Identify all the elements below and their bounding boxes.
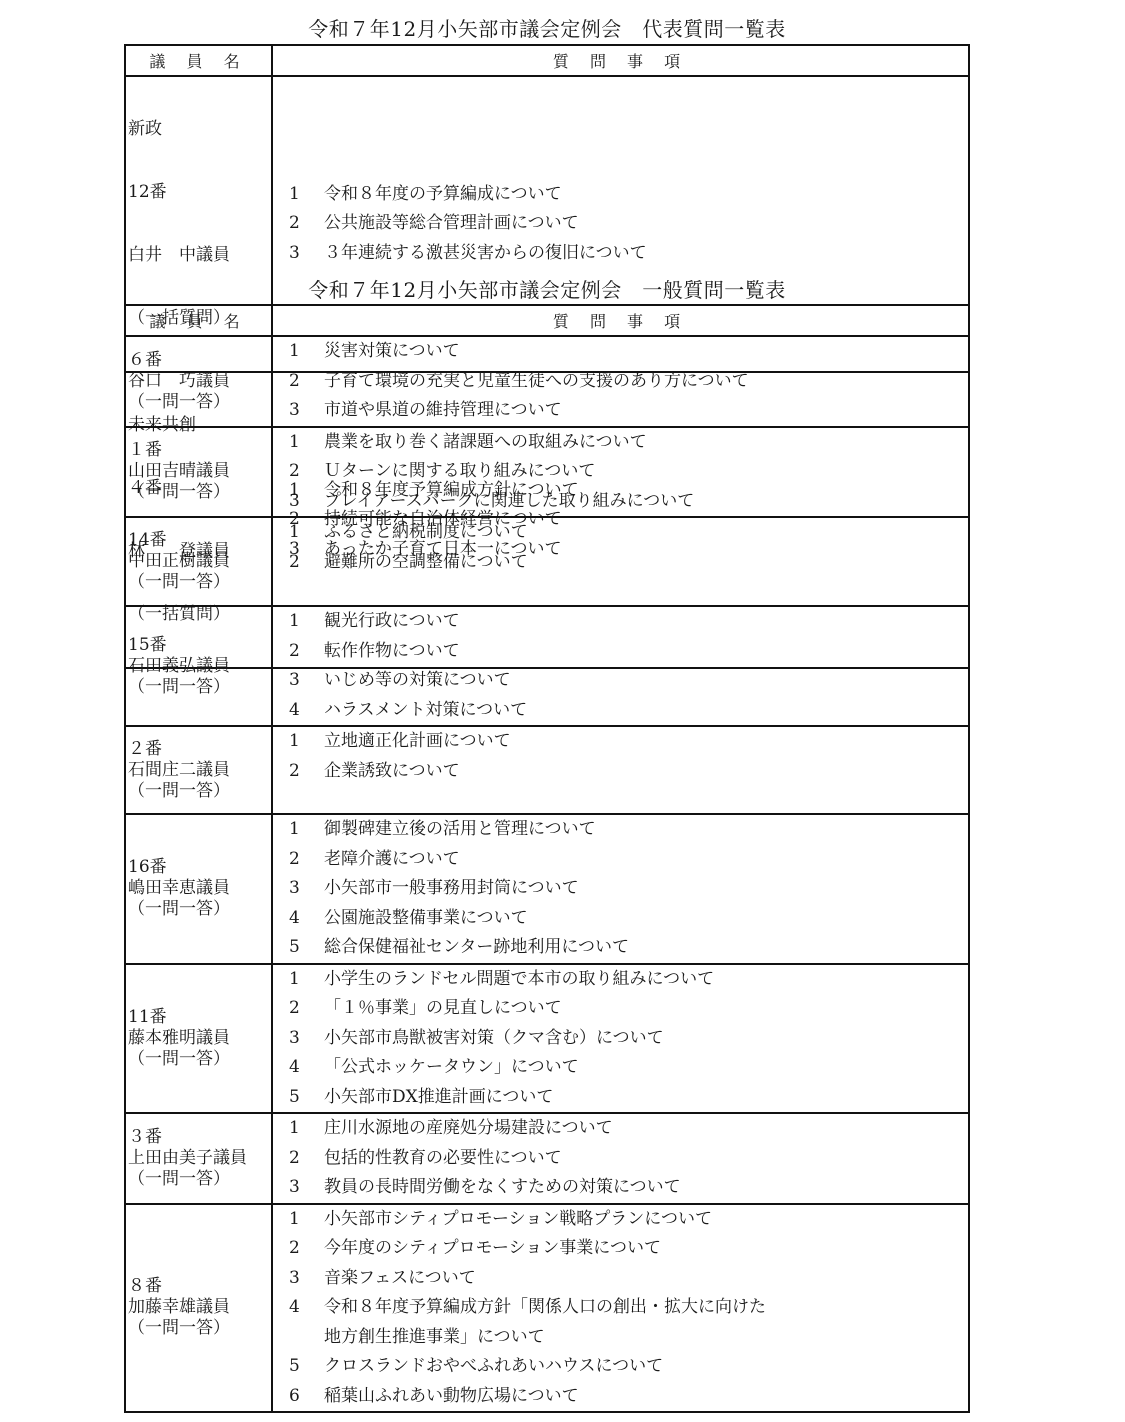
question-item: 3教員の長時間労働をなくすための対策について: [289, 1173, 968, 1203]
question-number: 1: [289, 337, 324, 367]
question-text: Ｕターンに関する取り組みについて: [324, 457, 968, 487]
seat-number: 16番: [128, 857, 271, 878]
question-number: 3: [289, 1024, 324, 1054]
question-text: 「公式ホッケータウン」について: [324, 1053, 968, 1083]
question-item: 5総合保健福祉センター跡地利用について: [289, 933, 968, 963]
question-item: 3３年連続する激甚災害からの復旧について: [289, 239, 968, 269]
question-number: [289, 1323, 324, 1353]
question-item: 2老障介護について: [289, 845, 968, 875]
questions-cell: 1小矢部市シティプロモーション戦略プランについて2今年度のシティプロモーション事…: [272, 1204, 969, 1413]
question-number: 2: [289, 845, 324, 875]
question-number: 2: [289, 457, 324, 487]
table-header: 議 員 名 質 問 事 項: [125, 45, 969, 76]
seat-number: ６番: [128, 350, 271, 371]
seat-number: 12番: [128, 182, 271, 203]
question-format: （一問一答）: [128, 1318, 271, 1339]
question-text: 立地適正化計画について: [324, 727, 968, 757]
member-column-header: 議 員 名: [125, 45, 272, 76]
question-text: 音楽フェスについて: [324, 1264, 968, 1294]
question-format: （一問一答）: [128, 899, 271, 920]
member-cell: 11番藤本雅明議員（一問一答）: [125, 964, 272, 1114]
question-number: 2: [289, 994, 324, 1024]
question-text: 市道や県道の維持管理について: [324, 396, 968, 426]
question-text: 教員の長時間労働をなくすための対策について: [324, 1173, 968, 1203]
question-number: 5: [289, 1083, 324, 1113]
question-text: 小学生のランドセル問題で本市の取り組みについて: [324, 965, 968, 995]
questions-cell: 1観光行政について2転作作物について3いじめ等の対策について4ハラスメント対策に…: [272, 606, 969, 726]
question-text: ふるさと納税制度について: [324, 518, 968, 548]
questions-cell: 1小学生のランドセル問題で本市の取り組みについて2「１％事業」の見直しについて3…: [272, 964, 969, 1114]
question-number: 2: [289, 367, 324, 397]
question-item: 2避難所の空調整備について: [289, 548, 968, 578]
question-number: 2: [289, 757, 324, 787]
question-item: 2転作作物について: [289, 637, 968, 667]
question-format: （一問一答）: [128, 1049, 271, 1070]
question-item: 4「公式ホッケータウン」について: [289, 1053, 968, 1083]
member-cell: 15番石田義弘議員（一問一答）: [125, 606, 272, 726]
member-name: 嶋田幸恵議員: [128, 878, 271, 899]
table-row: ２番石間庄二議員（一問一答）1立地適正化計画について2企業誘致について: [125, 726, 969, 814]
table-header: 議 員 名 質 問 事 項: [125, 305, 969, 336]
member-column-header: 議 員 名: [125, 305, 272, 336]
question-number: 3: [289, 1173, 324, 1203]
question-item: 2企業誘致について: [289, 757, 968, 787]
question-number: 5: [289, 933, 324, 963]
question-text: 子育て環境の充実と児童生徒への支援のあり方について: [324, 367, 968, 397]
question-number: 2: [289, 1144, 324, 1174]
seat-number: １番: [128, 440, 271, 461]
question-text: ハラスメント対策について: [324, 696, 968, 726]
question-number: 1: [289, 1114, 324, 1144]
question-number: 1: [289, 1205, 324, 1235]
member-cell: １番山田吉晴議員（一問一答）: [125, 427, 272, 518]
question-item: 1小学生のランドセル問題で本市の取り組みについて: [289, 965, 968, 995]
question-format: （一問一答）: [128, 677, 271, 698]
general-questions-table: 議 員 名 質 問 事 項 ６番谷口 巧議員（一問一答）1災害対策について2子育…: [124, 304, 970, 1413]
question-item: 1小矢部市シティプロモーション戦略プランについて: [289, 1205, 968, 1235]
question-text: 小矢部市DX推進計画について: [324, 1083, 968, 1113]
question-text: 小矢部市鳥獣被害対策（クマ含む）について: [324, 1024, 968, 1054]
question-format: （一問一答）: [128, 392, 271, 413]
table-row: ３番上田由美子議員（一問一答）1庄川水源地の産廃処分場建設について2包括的性教育…: [125, 1113, 969, 1204]
question-number: 3: [289, 487, 324, 517]
question-number: 4: [289, 696, 324, 726]
question-text: 公共施設等総合管理計画について: [324, 209, 968, 239]
table-row: 14番中田正樹議員（一問一答）1ふるさと納税制度について2避難所の空調整備につい…: [125, 517, 969, 606]
table-row: ６番谷口 巧議員（一問一答）1災害対策について2子育て環境の充実と児童生徒への支…: [125, 336, 969, 427]
member-cell: 14番中田正樹議員（一問一答）: [125, 517, 272, 606]
question-item: 2包括的性教育の必要性について: [289, 1144, 968, 1174]
question-text: いじめ等の対策について: [324, 666, 968, 696]
question-text: 今年度のシティプロモーション事業について: [324, 1234, 968, 1264]
questions-cell: 1立地適正化計画について2企業誘致について: [272, 726, 969, 814]
question-format: （一問一答）: [128, 781, 271, 802]
question-text: ３年連続する激甚災害からの復旧について: [324, 239, 968, 269]
question-text: 小矢部市一般事務用封筒について: [324, 874, 968, 904]
question-number: 4: [289, 1293, 324, 1323]
seat-number: 14番: [128, 530, 271, 551]
question-item: 2「１％事業」の見直しについて: [289, 994, 968, 1024]
question-text: 観光行政について: [324, 607, 968, 637]
question-number: 2: [289, 637, 324, 667]
member-name: 中田正樹議員: [128, 551, 271, 572]
question-item: 6稲葉山ふれあい動物広場について: [289, 1382, 968, 1412]
member-name: 藤本雅明議員: [128, 1028, 271, 1049]
question-item: 1ふるさと納税制度について: [289, 518, 968, 548]
questions-cell: 1災害対策について2子育て環境の充実と児童生徒への支援のあり方について3市道や県…: [272, 336, 969, 427]
question-item: 2Ｕターンに関する取り組みについて: [289, 457, 968, 487]
question-text: 転作作物について: [324, 637, 968, 667]
questions-cell: 1庄川水源地の産廃処分場建設について2包括的性教育の必要性について3教員の長時間…: [272, 1113, 969, 1204]
member-name: 白井 中議員: [128, 245, 271, 266]
question-number: 1: [289, 815, 324, 845]
question-text: 農業を取り巻く諸課題への取組みについて: [324, 428, 968, 458]
question-item: 5クロスランドおやべふれあいハウスについて: [289, 1352, 968, 1382]
questions-cell: 1ふるさと納税制度について2避難所の空調整備について: [272, 517, 969, 606]
question-text: 老障介護について: [324, 845, 968, 875]
member-name: 石間庄二議員: [128, 760, 271, 781]
question-text: 御製碑建立後の活用と管理について: [324, 815, 968, 845]
representative-questions-title: 令和７年12月小矢部市議会定例会 代表質問一覧表: [124, 17, 970, 41]
question-item: 2子育て環境の充実と児童生徒への支援のあり方について: [289, 367, 968, 397]
question-number: 4: [289, 904, 324, 934]
question-item: 3プレイアースパークに関連した取り組みについて: [289, 487, 968, 517]
question-number: 3: [289, 874, 324, 904]
table-row: 16番嶋田幸恵議員（一問一答）1御製碑建立後の活用と管理について2老障介護につい…: [125, 814, 969, 964]
question-number: 3: [289, 396, 324, 426]
table-row: 15番石田義弘議員（一問一答）1観光行政について2転作作物について3いじめ等の対…: [125, 606, 969, 726]
question-item: 2公共施設等総合管理計画について: [289, 209, 968, 239]
seat-number: 11番: [128, 1007, 271, 1028]
question-text: 令和８年度予算編成方針「関係人口の創出・拡大に向けた: [324, 1293, 968, 1323]
question-text: プレイアースパークに関連した取り組みについて: [324, 487, 968, 517]
question-item: 3市道や県道の維持管理について: [289, 396, 968, 426]
member-cell: ２番石間庄二議員（一問一答）: [125, 726, 272, 814]
question-text: 企業誘致について: [324, 757, 968, 787]
table-row: ８番加藤幸雄議員（一問一答）1小矢部市シティプロモーション戦略プランについて2今…: [125, 1204, 969, 1413]
question-item: 3いじめ等の対策について: [289, 666, 968, 696]
question-format: （一問一答）: [128, 1169, 271, 1190]
question-item: 3小矢部市鳥獣被害対策（クマ含む）について: [289, 1024, 968, 1054]
question-text: 地方創生推進事業」について: [324, 1323, 968, 1353]
question-number: 1: [289, 727, 324, 757]
question-number: 4: [289, 1053, 324, 1083]
question-item: 4公園施設整備事業について: [289, 904, 968, 934]
question-text: クロスランドおやべふれあいハウスについて: [324, 1352, 968, 1382]
question-number: 2: [289, 1234, 324, 1264]
member-name: 谷口 巧議員: [128, 371, 271, 392]
question-number: 3: [289, 1264, 324, 1294]
question-number: 1: [289, 607, 324, 637]
question-item: 5小矢部市DX推進計画について: [289, 1083, 968, 1113]
questions-cell: 1御製碑建立後の活用と管理について2老障介護について3小矢部市一般事務用封筒につ…: [272, 814, 969, 964]
questions-column-header: 質 問 事 項: [272, 305, 969, 336]
question-text: 災害対策について: [324, 337, 968, 367]
question-number: 1: [289, 428, 324, 458]
member-name: 加藤幸雄議員: [128, 1297, 271, 1318]
question-text: 小矢部市シティプロモーション戦略プランについて: [324, 1205, 968, 1235]
table-row: １番山田吉晴議員（一問一答）1農業を取り巻く諸課題への取組みについて2Ｕターンに…: [125, 427, 969, 518]
table-row: 11番藤本雅明議員（一問一答）1小学生のランドセル問題で本市の取り組みについて2…: [125, 964, 969, 1114]
member-cell: ８番加藤幸雄議員（一問一答）: [125, 1204, 272, 1413]
question-number: 1: [289, 180, 324, 210]
member-cell: ６番谷口 巧議員（一問一答）: [125, 336, 272, 427]
question-text: 稲葉山ふれあい動物広場について: [324, 1382, 968, 1412]
question-item: 2今年度のシティプロモーション事業について: [289, 1234, 968, 1264]
question-item: 3音楽フェスについて: [289, 1264, 968, 1294]
question-item: 4ハラスメント対策について: [289, 696, 968, 726]
question-format: （一問一答）: [128, 482, 271, 503]
question-item: 1観光行政について: [289, 607, 968, 637]
question-text: 「１％事業」の見直しについて: [324, 994, 968, 1024]
member-name: 石田義弘議員: [128, 656, 271, 677]
question-text: 包括的性教育の必要性について: [324, 1144, 968, 1174]
member-cell: 16番嶋田幸恵議員（一問一答）: [125, 814, 272, 964]
question-item: 1庄川水源地の産廃処分場建設について: [289, 1114, 968, 1144]
question-number: 6: [289, 1382, 324, 1412]
question-item: 地方創生推進事業」について: [289, 1323, 968, 1353]
question-text: 公園施設整備事業について: [324, 904, 968, 934]
question-text: 総合保健福祉センター跡地利用について: [324, 933, 968, 963]
questions-cell: 1農業を取り巻く諸課題への取組みについて2Ｕターンに関する取り組みについて3プレ…: [272, 427, 969, 518]
question-number: 1: [289, 965, 324, 995]
question-item: 1立地適正化計画について: [289, 727, 968, 757]
question-item: 1令和８年度の予算編成について: [289, 180, 968, 210]
member-name: 上田由美子議員: [128, 1148, 271, 1169]
seat-number: 15番: [128, 635, 271, 656]
seat-number: ８番: [128, 1276, 271, 1297]
question-format: （一問一答）: [128, 572, 271, 593]
general-questions-title: 令和７年12月小矢部市議会定例会 一般質問一覧表: [124, 278, 970, 302]
member-name: 山田吉晴議員: [128, 461, 271, 482]
faction-name: 新政: [128, 119, 271, 140]
question-number: 1: [289, 518, 324, 548]
question-item: 4令和８年度予算編成方針「関係人口の創出・拡大に向けた: [289, 1293, 968, 1323]
question-number: 2: [289, 548, 324, 578]
question-item: 1御製碑建立後の活用と管理について: [289, 815, 968, 845]
question-number: 5: [289, 1352, 324, 1382]
questions-column-header: 質 問 事 項: [272, 45, 969, 76]
seat-number: ２番: [128, 739, 271, 760]
question-item: 3小矢部市一般事務用封筒について: [289, 874, 968, 904]
question-number: 3: [289, 239, 324, 269]
question-item: 1災害対策について: [289, 337, 968, 367]
seat-number: ３番: [128, 1127, 271, 1148]
question-item: 1農業を取り巻く諸課題への取組みについて: [289, 428, 968, 458]
question-number: 2: [289, 209, 324, 239]
question-number: 3: [289, 666, 324, 696]
question-text: 避難所の空調整備について: [324, 548, 968, 578]
member-cell: ３番上田由美子議員（一問一答）: [125, 1113, 272, 1204]
question-text: 庄川水源地の産廃処分場建設について: [324, 1114, 968, 1144]
question-text: 令和８年度の予算編成について: [324, 180, 968, 210]
